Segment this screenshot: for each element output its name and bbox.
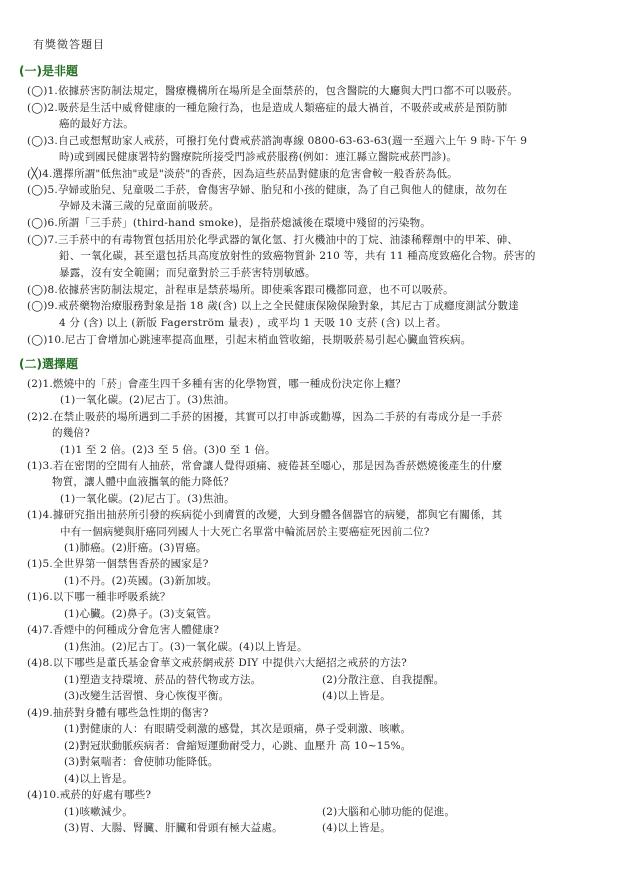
mc-question-10-option-3: (3)胃、大腸、腎臟、肝臟和骨頭有極大益處。	[64, 821, 283, 835]
document-page: 有獎徵答題目 (一)是非題 (◯)1.依據菸害防制法規定，醫療機構所在場所是全面…	[0, 0, 620, 877]
mc-question-7-options: (1)焦油。(2)尼古丁。(3)一氧化碳。(4)以上皆是。	[64, 640, 308, 654]
mc-question-8-option-2: (2)分散注意、自我提醒。	[322, 673, 444, 687]
mc-question-10-option-1: (1)咳嗽減少。	[64, 805, 133, 819]
section-heading-multiple-choice: (二)選擇題	[19, 355, 78, 372]
mc-question-8-option-1: (1)塑造支持環境、菸品的替代物或方法。	[64, 673, 261, 687]
mc-question-9-option-1: (1)對健康的人：有眼睛受刺激的感覺，其次是頭痛，鼻子受刺激、咳嗽。	[64, 722, 411, 736]
mc-question-2-options: (1)1 至 2 倍。(2)3 至 5 倍。(3)0 至 1 倍。	[60, 443, 276, 457]
mc-question-5: (1)5.全世界第一個禁售香菸的國家是?	[27, 557, 209, 571]
mc-question-3: (1)3.若在密閉的空間有人抽菸，常會讓人覺得頭痛、疲倦甚至噁心，那是因為香菸燃…	[27, 459, 502, 473]
mc-question-9: (4)9.抽菸對身體有哪些急性期的傷害?	[27, 706, 209, 720]
tf-question-7-cont-2: 暴露，沒有安全範圍；而兒童對於三手菸害特別敏感。	[59, 266, 316, 280]
mc-question-1-options: (1)一氧化碳。(2)尼古丁。(3)焦油。	[60, 393, 235, 407]
mc-question-10-option-4: (4)以上皆是。	[322, 821, 391, 835]
mc-question-8: (4)8.以下哪些是董氏基金會華文戒菸網戒菸 DIY 中提供六大絕招之戒菸的方法…	[27, 656, 407, 670]
mc-question-4-options: (1)肺癌。(2)肝癌。(3)胃癌。	[64, 541, 207, 555]
mc-question-1: (2)1.燃燒中的「菸」會產生四千多種有害的化學物質，哪一種成份決定你上癮？	[27, 377, 406, 391]
mc-question-9-option-3: (3)對氣喘者：會使肺功能降低。	[64, 755, 219, 769]
mc-question-10-option-2: (2)大腦和心肺功能的促進。	[322, 805, 455, 819]
tf-question-1: (◯)1.依據菸害防制法規定，醫療機構所在場所是全面禁菸的，包含醫院的大廳與大門…	[27, 84, 518, 98]
mc-question-3-cont: 物質，讓人體中血液攜氧的能力降低？	[52, 475, 234, 489]
mc-question-8-option-4: (4)以上皆是。	[322, 689, 391, 703]
mc-question-4: (1)4.據研究指出抽菸所引發的疾病從小到膚質的改變，大到身體各個器官的病變，都…	[27, 508, 502, 522]
section-heading-true-false: (一)是非題	[19, 62, 78, 79]
tf-question-5-cont: 孕婦及未滿三歲的兒童面前吸菸。	[59, 199, 220, 213]
mc-question-7: (4)7.香煙中的何種成分會危害人體健康?	[27, 623, 219, 637]
mc-question-6: (1)6.以下哪一種非呼吸系統？	[27, 590, 171, 604]
tf-question-6: (◯)6.所謂「三手菸」(third-hand smoke)，是指菸熄滅後在環境…	[27, 216, 431, 230]
tf-question-3: (◯)3.自己或想幫助家人戒菸，可撥打免付費戒菸諮詢專線 0800-63-63-…	[27, 134, 527, 148]
tf-question-7-cont-1: 鉛、一氧化碳，甚至還包括具高度放射性的致癌物質釙 210 等，共有 11 種高度…	[59, 249, 536, 263]
mc-question-6-options: (1)心臟。(2)鼻子。(3)支氣管。	[64, 607, 217, 621]
mc-question-9-option-2: (2)對冠狀動脈疾病者：會縮短運動耐受力，心跳、血壓升 高 10~15%。	[64, 739, 411, 753]
document-title: 有獎徵答題目	[33, 36, 105, 52]
mc-question-8-option-3: (3)改變生活習慣、身心恢復平衡。	[64, 689, 229, 703]
tf-question-10: (◯)10.尼古丁會增加心跳速率提高血壓，引起末梢血管收縮，長期吸菸易引起心臟血…	[27, 333, 471, 347]
tf-question-3-cont: 時)或到國民健康署特約醫療院所接受門診戒菸服務(例如：連江縣立醫院戒菸門診)。	[59, 150, 457, 164]
mc-question-9-option-4: (4)以上皆是。	[64, 772, 133, 786]
mc-question-4-cont: 中有一個病變與肝癌同列國人十大死亡名單當中輪流居於主要癌症死因前二位?	[60, 525, 430, 539]
tf-question-9-cont: 4 分 (含) 以上 (新版 Fagerström 量表) ，或平均 1 天吸 …	[59, 316, 447, 330]
mc-question-5-options: (1)不丹。(2)英國。(3)新加坡。	[64, 574, 217, 588]
mc-question-10: (4)10.戒菸的好處有哪些?	[27, 788, 151, 802]
tf-question-2: (◯)2.吸菸是生活中威脅健康的一種危險行為，也是造成人類癌症的最大禍首，不吸菸…	[27, 101, 507, 115]
tf-question-9: (◯)9.戒菸藥物治療服務對象是指 18 歲(含) 以上之全民健康保險保險對象，…	[27, 299, 519, 313]
tf-question-8: (◯)8.依據菸害防制法規定，計程車是禁菸場所。即使乘客跟司機都同意，也不可以吸…	[27, 283, 454, 297]
mc-question-2: (2)2.在禁止吸菸的場所遇到二手菸的困擾，其實可以打申訴或勸導，因為二手菸的有…	[27, 410, 502, 424]
mc-question-2-cont: 的幾倍?	[52, 426, 90, 440]
tf-question-4: (╳)4.選擇所謂"低焦油"或是"淡菸"的香菸，因為這些菸品對健康的危害會較一般…	[27, 167, 458, 181]
mc-question-3-options: (1)一氧化碳。(2)尼古丁。(3)焦油。	[60, 492, 235, 506]
tf-question-5: (◯)5.孕婦或胎兒、兒童吸二手菸，會傷害孕婦、胎兒和小孩的健康，為了自己與他人…	[27, 183, 507, 197]
tf-question-2-cont: 癌的最好方法。	[59, 117, 134, 131]
tf-question-7: (◯)7.三手菸中的有毒物質包括用於化學武器的氰化氫、打火機油中的丁烷、油漆稀釋…	[27, 233, 518, 247]
